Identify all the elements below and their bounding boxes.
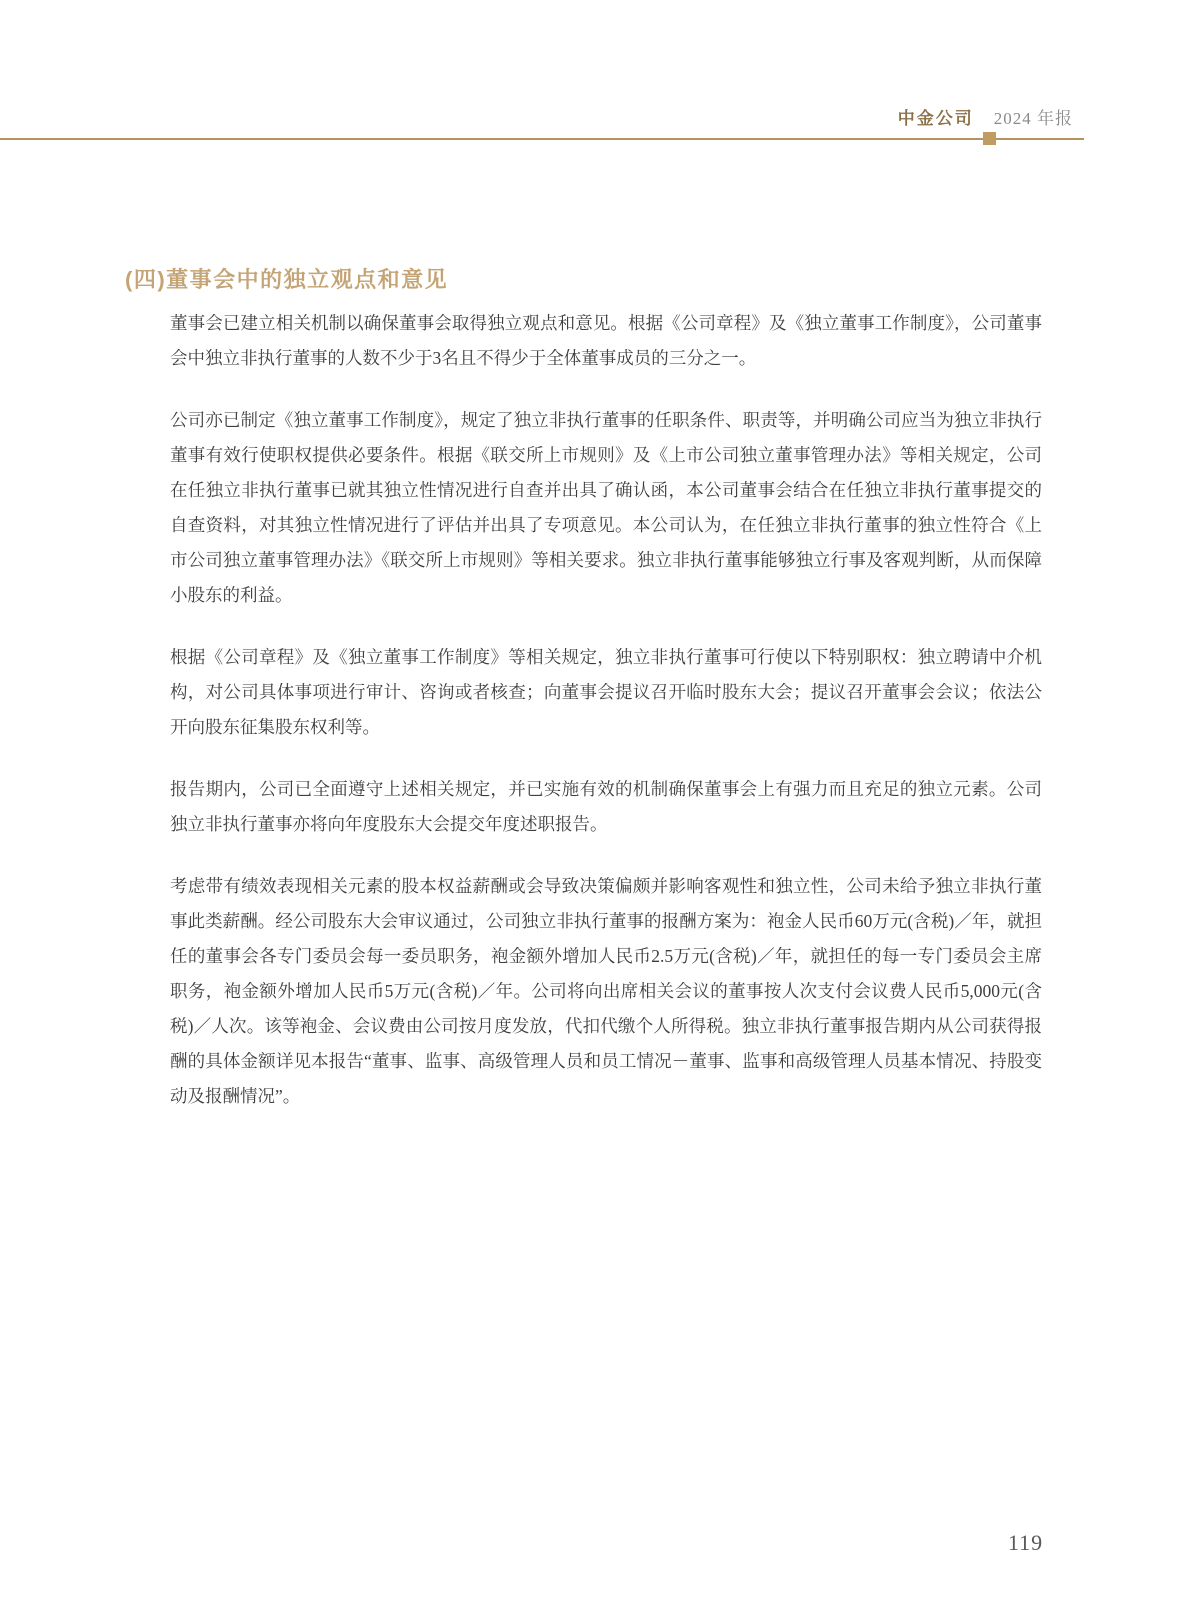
header-divider-marker bbox=[983, 132, 996, 145]
report-page: 中金公司2024 年报 (四)董事会中的独立观点和意见 董事会已建立相关机制以确… bbox=[0, 0, 1190, 1615]
header-company-name: 中金公司 bbox=[898, 109, 974, 128]
section-heading: (四)董事会中的独立观点和意见 bbox=[125, 263, 448, 294]
body-paragraph: 董事会已建立相关机制以确保董事会取得独立观点和意见。根据《公司章程》及《独立董事… bbox=[170, 306, 1042, 376]
body-paragraph: 公司亦已制定《独立董事工作制度》，规定了独立非执行董事的任职条件、职责等，并明确… bbox=[170, 403, 1042, 613]
header-divider bbox=[0, 138, 1084, 140]
header-report-title: 2024 年报 bbox=[994, 109, 1073, 128]
section-body: 董事会已建立相关机制以确保董事会取得独立观点和意见。根据《公司章程》及《独立董事… bbox=[170, 306, 1042, 1141]
body-paragraph: 考虑带有绩效表现相关元素的股本权益薪酬或会导致决策偏颇并影响客观性和独立性，公司… bbox=[170, 869, 1042, 1114]
page-header: 中金公司2024 年报 bbox=[0, 104, 1073, 129]
page-number: 119 bbox=[1008, 1530, 1043, 1556]
body-paragraph: 根据《公司章程》及《独立董事工作制度》等相关规定，独立非执行董事可行使以下特别职… bbox=[170, 640, 1042, 745]
body-paragraph: 报告期内，公司已全面遵守上述相关规定，并已实施有效的机制确保董事会上有强力而且充… bbox=[170, 772, 1042, 842]
